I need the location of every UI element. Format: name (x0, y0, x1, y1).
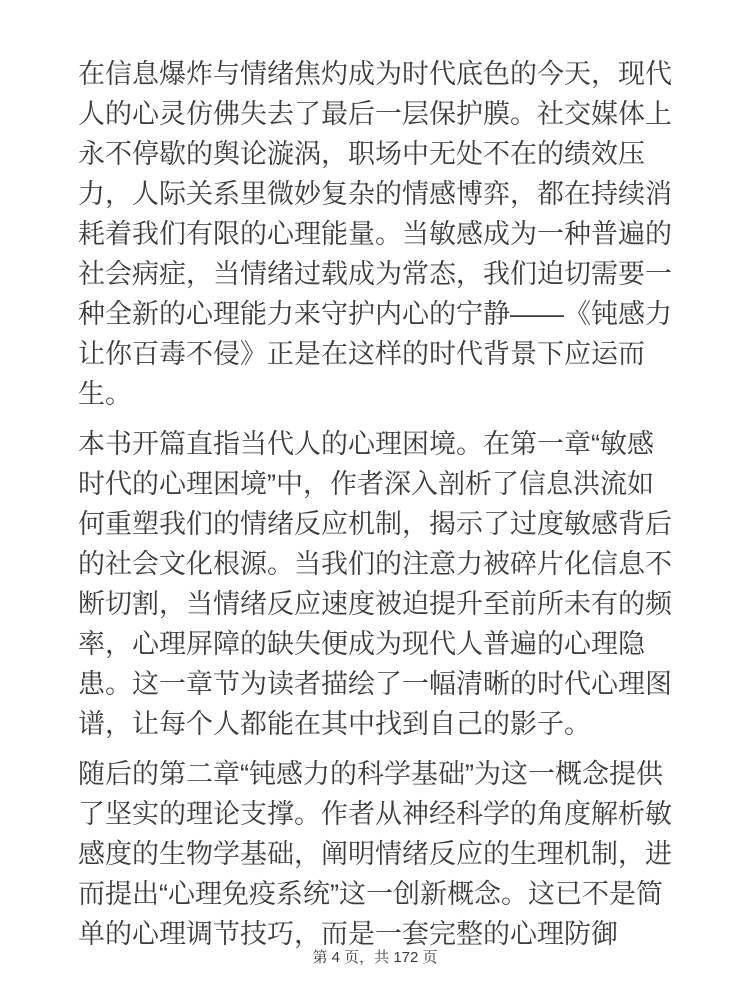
document-page: 在信息爆炸与情绪焦灼成为时代底色的今天，现代人的心灵仿佛失去了最后一层保护膜。社… (0, 0, 750, 1000)
paragraph-chapter-one: 本书开篇直指当代人的心理困境。在第一章“敏感时代的心理困境”中，作者深入剖析了信… (78, 424, 672, 744)
page-number-footer: 第 4 页，共 172 页 (0, 948, 750, 968)
document-content: 在信息爆炸与情绪焦灼成为时代底色的今天，现代人的心灵仿佛失去了最后一层保护膜。社… (78, 54, 672, 964)
paragraph-intro: 在信息爆炸与情绪焦灼成为时代底色的今天，现代人的心灵仿佛失去了最后一层保护膜。社… (78, 54, 672, 414)
paragraph-chapter-two: 随后的第二章“钝感力的科学基础”为这一概念提供了坚实的理论支撑。作者从神经科学的… (78, 754, 672, 954)
